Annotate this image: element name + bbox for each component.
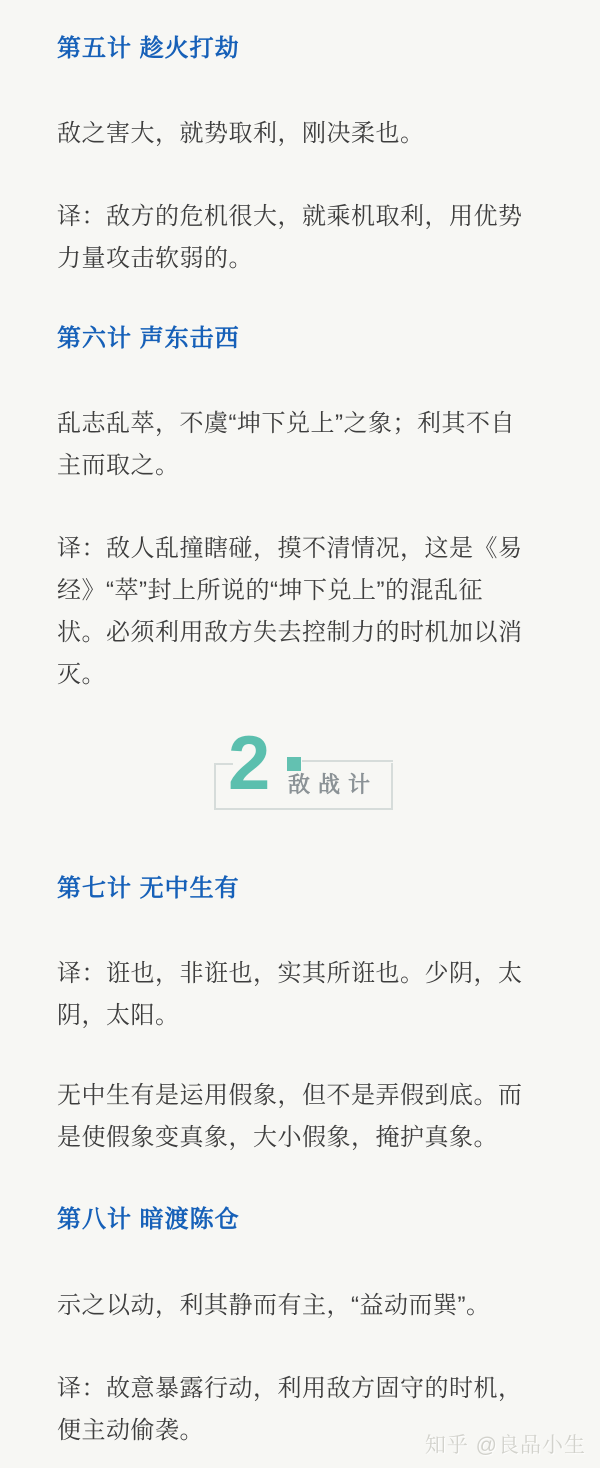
divider-line	[302, 760, 393, 762]
section-stratagem-5: 第五计 趁火打劫 敌之害大，就势取利，刚决柔也。 译：敌方的危机很大，就乘机取利…	[57, 34, 550, 280]
chapter-number: 2	[228, 726, 270, 802]
section-stratagem-8: 第八计 暗渡陈仓 示之以动，利其静而有主，“益动而巽”。 译：故意暴露行动，利用…	[57, 1205, 550, 1452]
section-heading: 第六计 声东击西	[57, 324, 550, 354]
translation-text: 译：敌人乱撞瞎碰，摸不清情况，这是《易 经》“萃”封上所说的“坤下兑上”的混乱征…	[57, 528, 550, 696]
section-stratagem-6: 第六计 声东击西 乱志乱萃，不虞“坤下兑上”之象；利其不自 主而取之。 译：敌人…	[57, 324, 550, 696]
section-heading: 第八计 暗渡陈仓	[57, 1205, 550, 1235]
chapter-label: 敌战计	[288, 772, 378, 798]
translation-text: 译：诳也，非诳也，实其所诳也。少阴，太 阴，太阳。	[57, 953, 550, 1037]
section-heading: 第五计 趁火打劫	[57, 34, 550, 64]
classical-text: 敌之害大，就势取利，刚决柔也。	[57, 113, 550, 155]
chapter-divider: 2 敌战计	[214, 763, 393, 810]
article-page: 第五计 趁火打劫 敌之害大，就势取利，刚决柔也。 译：敌方的危机很大，就乘机取利…	[0, 0, 600, 1468]
classical-text: 乱志乱萃，不虞“坤下兑上”之象；利其不自 主而取之。	[57, 403, 550, 487]
section-heading: 第七计 无中生有	[57, 874, 550, 904]
chapter-square-icon	[287, 757, 301, 771]
watermark: 知乎 @良品小生	[425, 1429, 586, 1459]
section-stratagem-7: 第七计 无中生有 译：诳也，非诳也，实其所诳也。少阴，太 阴，太阳。 无中生有是…	[57, 874, 550, 1159]
translation-text: 译：敌方的危机很大，就乘机取利，用优势 力量攻击软弱的。	[57, 196, 550, 280]
classical-text: 示之以动，利其静而有主，“益动而巽”。	[57, 1285, 550, 1327]
explanation-text: 无中生有是运用假象，但不是弄假到底。而 是使假象变真象，大小假象，掩护真象。	[57, 1075, 550, 1159]
